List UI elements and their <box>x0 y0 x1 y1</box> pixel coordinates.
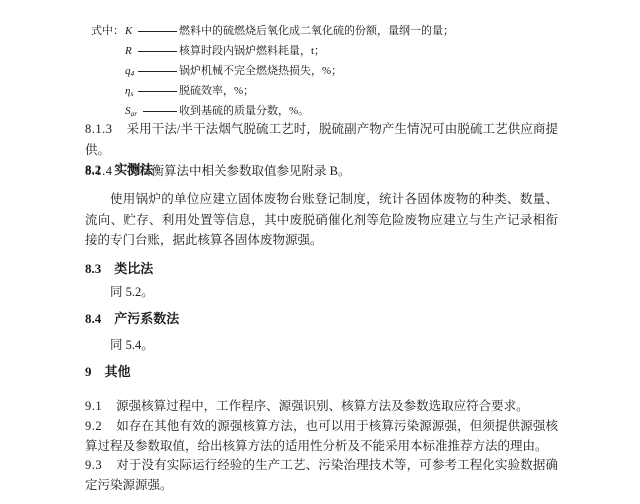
page-content: 式中： K 燃料中的硫燃烧后氧化成二氧化硫的份额，量纲一的量； R 核算时段内锅… <box>85 0 558 504</box>
clause-9-2: 9.2如存在其他有效的源强核算方法，也可以用于核算污染源源强，但须提供源强核算过… <box>85 416 558 456</box>
em-dash <box>138 71 177 72</box>
clause-9-1: 9.1源强核算过程中，工作程序、源强识别、核算方法及参数选取应符合要求。 <box>85 396 558 416</box>
variable-row: Sar 收到基硫的质量分数，%。 <box>85 101 558 121</box>
variable-subscript: ar <box>131 109 138 118</box>
section-number: 8.2 <box>85 162 101 177</box>
section-number: 8.4 <box>85 311 101 326</box>
variable-row: 式中： K 燃料中的硫燃烧后氧化成二氧化硫的份额，量纲一的量； <box>85 21 558 41</box>
paragraph-8-2: 使用锅炉的单位应建立固体废物台账登记制度，统计各固体废物的种类、数量、流向、贮存… <box>85 189 558 251</box>
em-dash <box>138 51 177 52</box>
clause: 9.3对于没有实际运行经验的生产工艺、污染治理技术等，可参考工程化实验数据确定污… <box>85 455 558 495</box>
clause-number: 9.3 <box>85 458 102 472</box>
section-heading-8-3: 8.3类比法 <box>85 259 558 279</box>
clause-8-1-3: 8.1.3采用干法/半干法烟气脱硫工艺时，脱硫副产物产生情况可由脱硫工艺供应商提… <box>85 119 558 161</box>
clause: 9.1源强核算过程中，工作程序、源强识别、核算方法及参数选取应符合要求。 <box>85 396 558 416</box>
variable-row: q4 锅炉机械不完全燃烧热损失，%； <box>85 61 558 81</box>
paragraph-8-3: 同 5.2。 <box>85 282 558 302</box>
formula-where-list: 式中： K 燃料中的硫燃烧后氧化成二氧化硫的份额，量纲一的量； R 核算时段内锅… <box>85 21 558 121</box>
variable-definition: 收到基硫的质量分数，%。 <box>179 101 309 121</box>
variable-subscript: 4 <box>131 69 135 78</box>
clause-text: 对于没有实际运行经验的生产工艺、污染治理技术等，可参考工程化实验数据确定污染源源… <box>85 458 558 492</box>
section-heading-8-4: 8.4产污系数法 <box>85 309 558 329</box>
clause-9-3: 9.3对于没有实际运行经验的生产工艺、污染治理技术等，可参考工程化实验数据确定污… <box>85 455 558 495</box>
variable-definition: 脱硫效率，%； <box>179 81 254 101</box>
variable-definition: 燃料中的硫燃烧后氧化成二氧化硫的份额，量纲一的量； <box>179 21 454 41</box>
clause-number: 8.1.3 <box>85 122 113 136</box>
clause-text: 源强核算过程中，工作程序、源强识别、核算方法及参数选取应符合要求。 <box>116 399 529 413</box>
document-page: 式中： K 燃料中的硫燃烧后氧化成二氧化硫的份额，量纲一的量； R 核算时段内锅… <box>0 0 640 504</box>
formula-where-label: 式中： <box>91 21 124 41</box>
section-title: 类比法 <box>114 261 153 276</box>
clause-number: 9.1 <box>85 399 102 413</box>
variable-row: R 核算时段内锅炉燃料耗量，t； <box>85 41 558 61</box>
section-number: 9 <box>85 364 92 379</box>
em-dash <box>143 111 177 112</box>
section-heading-9: 9其他 <box>85 362 558 382</box>
em-dash <box>138 91 177 92</box>
variable-row: ηs 脱硫效率，%； <box>85 81 558 101</box>
clause-text: 如存在其他有效的源强核算方法，也可以用于核算污染源源强，但须提供源强核算过程及参… <box>85 419 558 453</box>
variable-definition: 核算时段内锅炉燃料耗量，t； <box>179 41 325 61</box>
section-title: 其他 <box>105 364 131 379</box>
variable-definition: 锅炉机械不完全燃烧热损失，%； <box>179 61 342 81</box>
section-heading-8-2: 8.2实测法 <box>85 160 558 180</box>
variable-subscript: s <box>130 89 133 98</box>
paragraph-8-4: 同 5.4。 <box>85 335 558 355</box>
section-title: 产污系数法 <box>114 311 179 326</box>
clause-text: 采用干法/半干法烟气脱硫工艺时，脱硫副产物产生情况可由脱硫工艺供应商提供。 <box>85 122 558 157</box>
section-title: 实测法 <box>114 162 153 177</box>
em-dash <box>138 31 177 32</box>
clause: 9.2如存在其他有效的源强核算方法，也可以用于核算污染源源强，但须提供源强核算过… <box>85 416 558 456</box>
section-number: 8.3 <box>85 261 101 276</box>
clause-number: 9.2 <box>85 419 102 433</box>
